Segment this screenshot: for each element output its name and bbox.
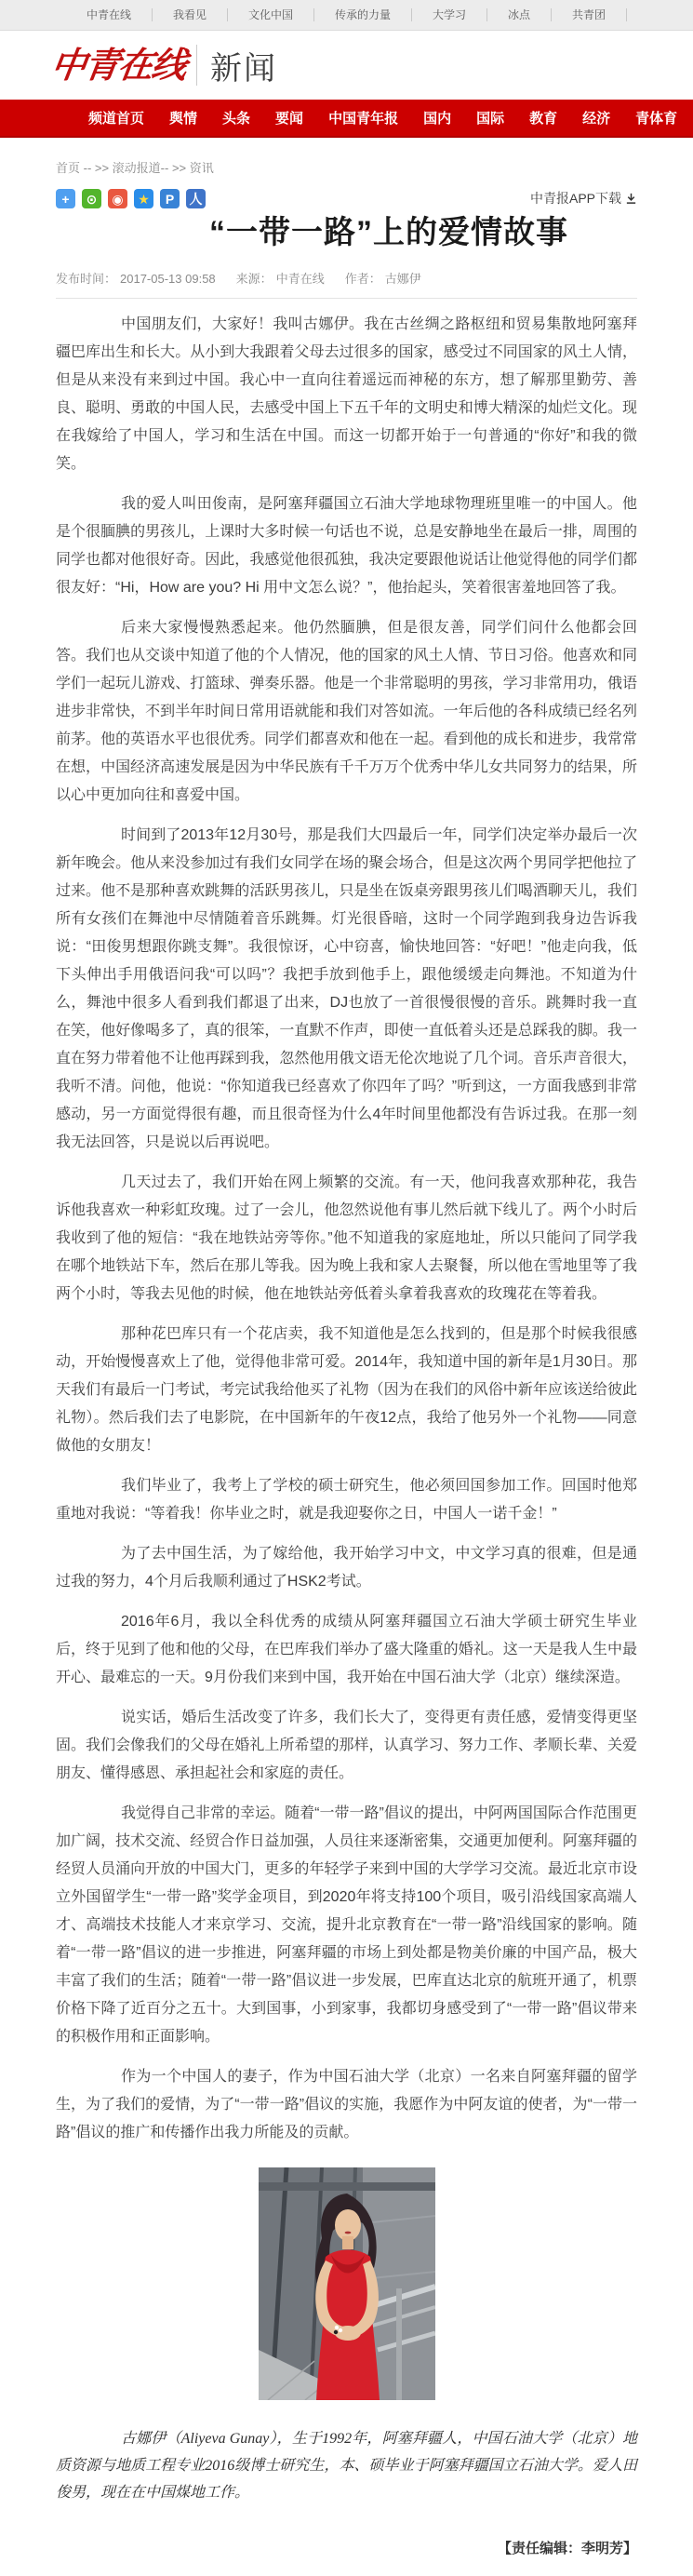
- masthead: 中青在线 新闻: [0, 31, 693, 100]
- share-plus-icon[interactable]: +: [56, 189, 75, 208]
- topbar-link[interactable]: 中青在线: [66, 8, 153, 21]
- breadcrumb[interactable]: 首页 -- >> 滚动报道-- >> 资讯: [56, 158, 637, 176]
- source-value: 中青在线: [276, 272, 325, 286]
- section-title: 新闻: [210, 43, 277, 88]
- article-paragraph: 那种花巴库只有一个花店卖，我不知道他是怎么找到的，但是那个时候我很感动，开始慢慢…: [56, 1321, 637, 1460]
- source-label: 来源：: [236, 272, 273, 286]
- photo-caption: 古娜伊（Aliyeva Gunay），生于1992年，阿塞拜疆人，中国石油大学（…: [56, 2425, 637, 2506]
- red-nav: 频道首页 舆情 头条 要闻 中国青年报 国内 国际 教育 经济 青体育 汽车: [0, 100, 693, 138]
- top-link-bar: 中青在线 我看见 文化中国 传承的力量 大学习 冰点 共青团: [0, 0, 693, 31]
- article-paragraph: 我们毕业了，我考上了学校的硕士研究生，他必须回国参加工作。回国时他郑重地对我说：…: [56, 1472, 637, 1528]
- share-p-icon[interactable]: P: [160, 189, 180, 208]
- nav-item[interactable]: 经济: [582, 108, 610, 127]
- nav-item[interactable]: 头条: [222, 108, 250, 127]
- article-paragraph: 后来大家慢慢熟悉起来。他仍然腼腆，但是很友善，同学们问什么他都会回答。我们也从交…: [56, 614, 637, 810]
- article-body: 中国朋友们，大家好！我叫古娜伊。我在古丝绸之路枢纽和贸易集散地阿塞拜疆巴库出生和…: [56, 311, 637, 2147]
- nav-item[interactable]: 国际: [476, 108, 504, 127]
- weibo-icon[interactable]: ◉: [108, 189, 127, 208]
- share-icons: + ⊙ ◉ ★ P 人: [56, 189, 212, 208]
- content-column: 首页 -- >> 滚动报道-- >> 资讯 + ⊙ ◉ ★ P 人 中青报APP…: [0, 158, 693, 2557]
- nav-item[interactable]: 教育: [529, 108, 557, 127]
- site-logo[interactable]: 中青在线: [48, 47, 187, 83]
- wechat-icon[interactable]: ⊙: [82, 189, 101, 208]
- topbar-link[interactable]: 大学习: [412, 8, 487, 21]
- topbar-link[interactable]: 冰点: [487, 8, 552, 21]
- topbar-link[interactable]: 共青团: [552, 8, 627, 21]
- nav-item[interactable]: 频道首页: [88, 108, 144, 127]
- nav-item[interactable]: 青体育: [635, 108, 677, 127]
- qzone-icon[interactable]: ★: [134, 189, 153, 208]
- share-row: + ⊙ ◉ ★ P 人 中青报APP下载: [56, 189, 637, 208]
- article-paragraph: 2016年6月，我以全科优秀的成绩从阿塞拜疆国立石油大学硕士研究生毕业后，终于见…: [56, 1608, 637, 1692]
- article-paragraph: 作为一个中国人的妻子，作为中国石油大学（北京）一名来自阿塞拜疆的留学生，为了我们…: [56, 2063, 637, 2147]
- publish-label: 发布时间：: [56, 272, 116, 286]
- topbar-link[interactable]: 传承的力量: [314, 8, 412, 21]
- article-photo: [259, 2167, 435, 2400]
- logo-divider: [196, 45, 197, 86]
- nav-item[interactable]: 要闻: [275, 108, 303, 127]
- editor-note: 【责任编辑：李明芳】: [56, 2538, 637, 2557]
- nav-item[interactable]: 舆情: [169, 108, 197, 127]
- article-paragraph: 我的爱人叫田俊南，是阿塞拜疆国立石油大学地球物理班里唯一的中国人。他是个很腼腆的…: [56, 490, 637, 602]
- article-photo-wrap: [56, 2167, 637, 2405]
- article-title: “一带一路”上的爱情故事: [56, 212, 637, 254]
- app-download-link[interactable]: 中青报APP下载: [530, 189, 637, 208]
- article-paragraph: 时间到了2013年12月30号，那是我们大四最后一年，同学们决定举办最后一次新年…: [56, 822, 637, 1157]
- author-value: 古娜伊: [385, 272, 421, 286]
- news-article-page: 中青在线 我看见 文化中国 传承的力量 大学习 冰点 共青团 中青在线 新闻 频…: [0, 0, 693, 2576]
- article-paragraph: 为了去中国生活，为了嫁给他，我开始学习中文，中文学习真的很难，但是通过我的努力，…: [56, 1540, 637, 1596]
- article-paragraph: 说实话，婚后生活改变了许多，我们长大了，变得更有责任感，爱情变得更坚固。我们会像…: [56, 1704, 637, 1788]
- renren-icon[interactable]: 人: [186, 189, 206, 208]
- article-paragraph: 中国朋友们，大家好！我叫古娜伊。我在古丝绸之路枢纽和贸易集散地阿塞拜疆巴库出生和…: [56, 311, 637, 478]
- publish-time: 2017-05-13 09:58: [120, 272, 216, 286]
- app-download-label: 中青报APP下载: [530, 189, 621, 208]
- article-paragraph: 我觉得自己非常的幸运。随着“一带一路”倡议的提出，中阿两国国际合作范围更加广阔，…: [56, 1800, 637, 2051]
- topbar-link[interactable]: 文化中国: [228, 8, 314, 21]
- nav-item[interactable]: 中国青年报: [328, 108, 398, 127]
- article-paragraph: 几天过去了，我们开始在网上频繁的交流。有一天，他问我喜欢那种花，我告诉他我喜欢一…: [56, 1169, 637, 1308]
- article-meta: 发布时间：2017-05-13 09:58来源：中青在线作者：古娜伊: [56, 269, 637, 299]
- nav-item[interactable]: 国内: [423, 108, 451, 127]
- download-icon: [625, 193, 637, 205]
- author-label: 作者：: [345, 272, 381, 286]
- topbar-link[interactable]: 我看见: [153, 8, 228, 21]
